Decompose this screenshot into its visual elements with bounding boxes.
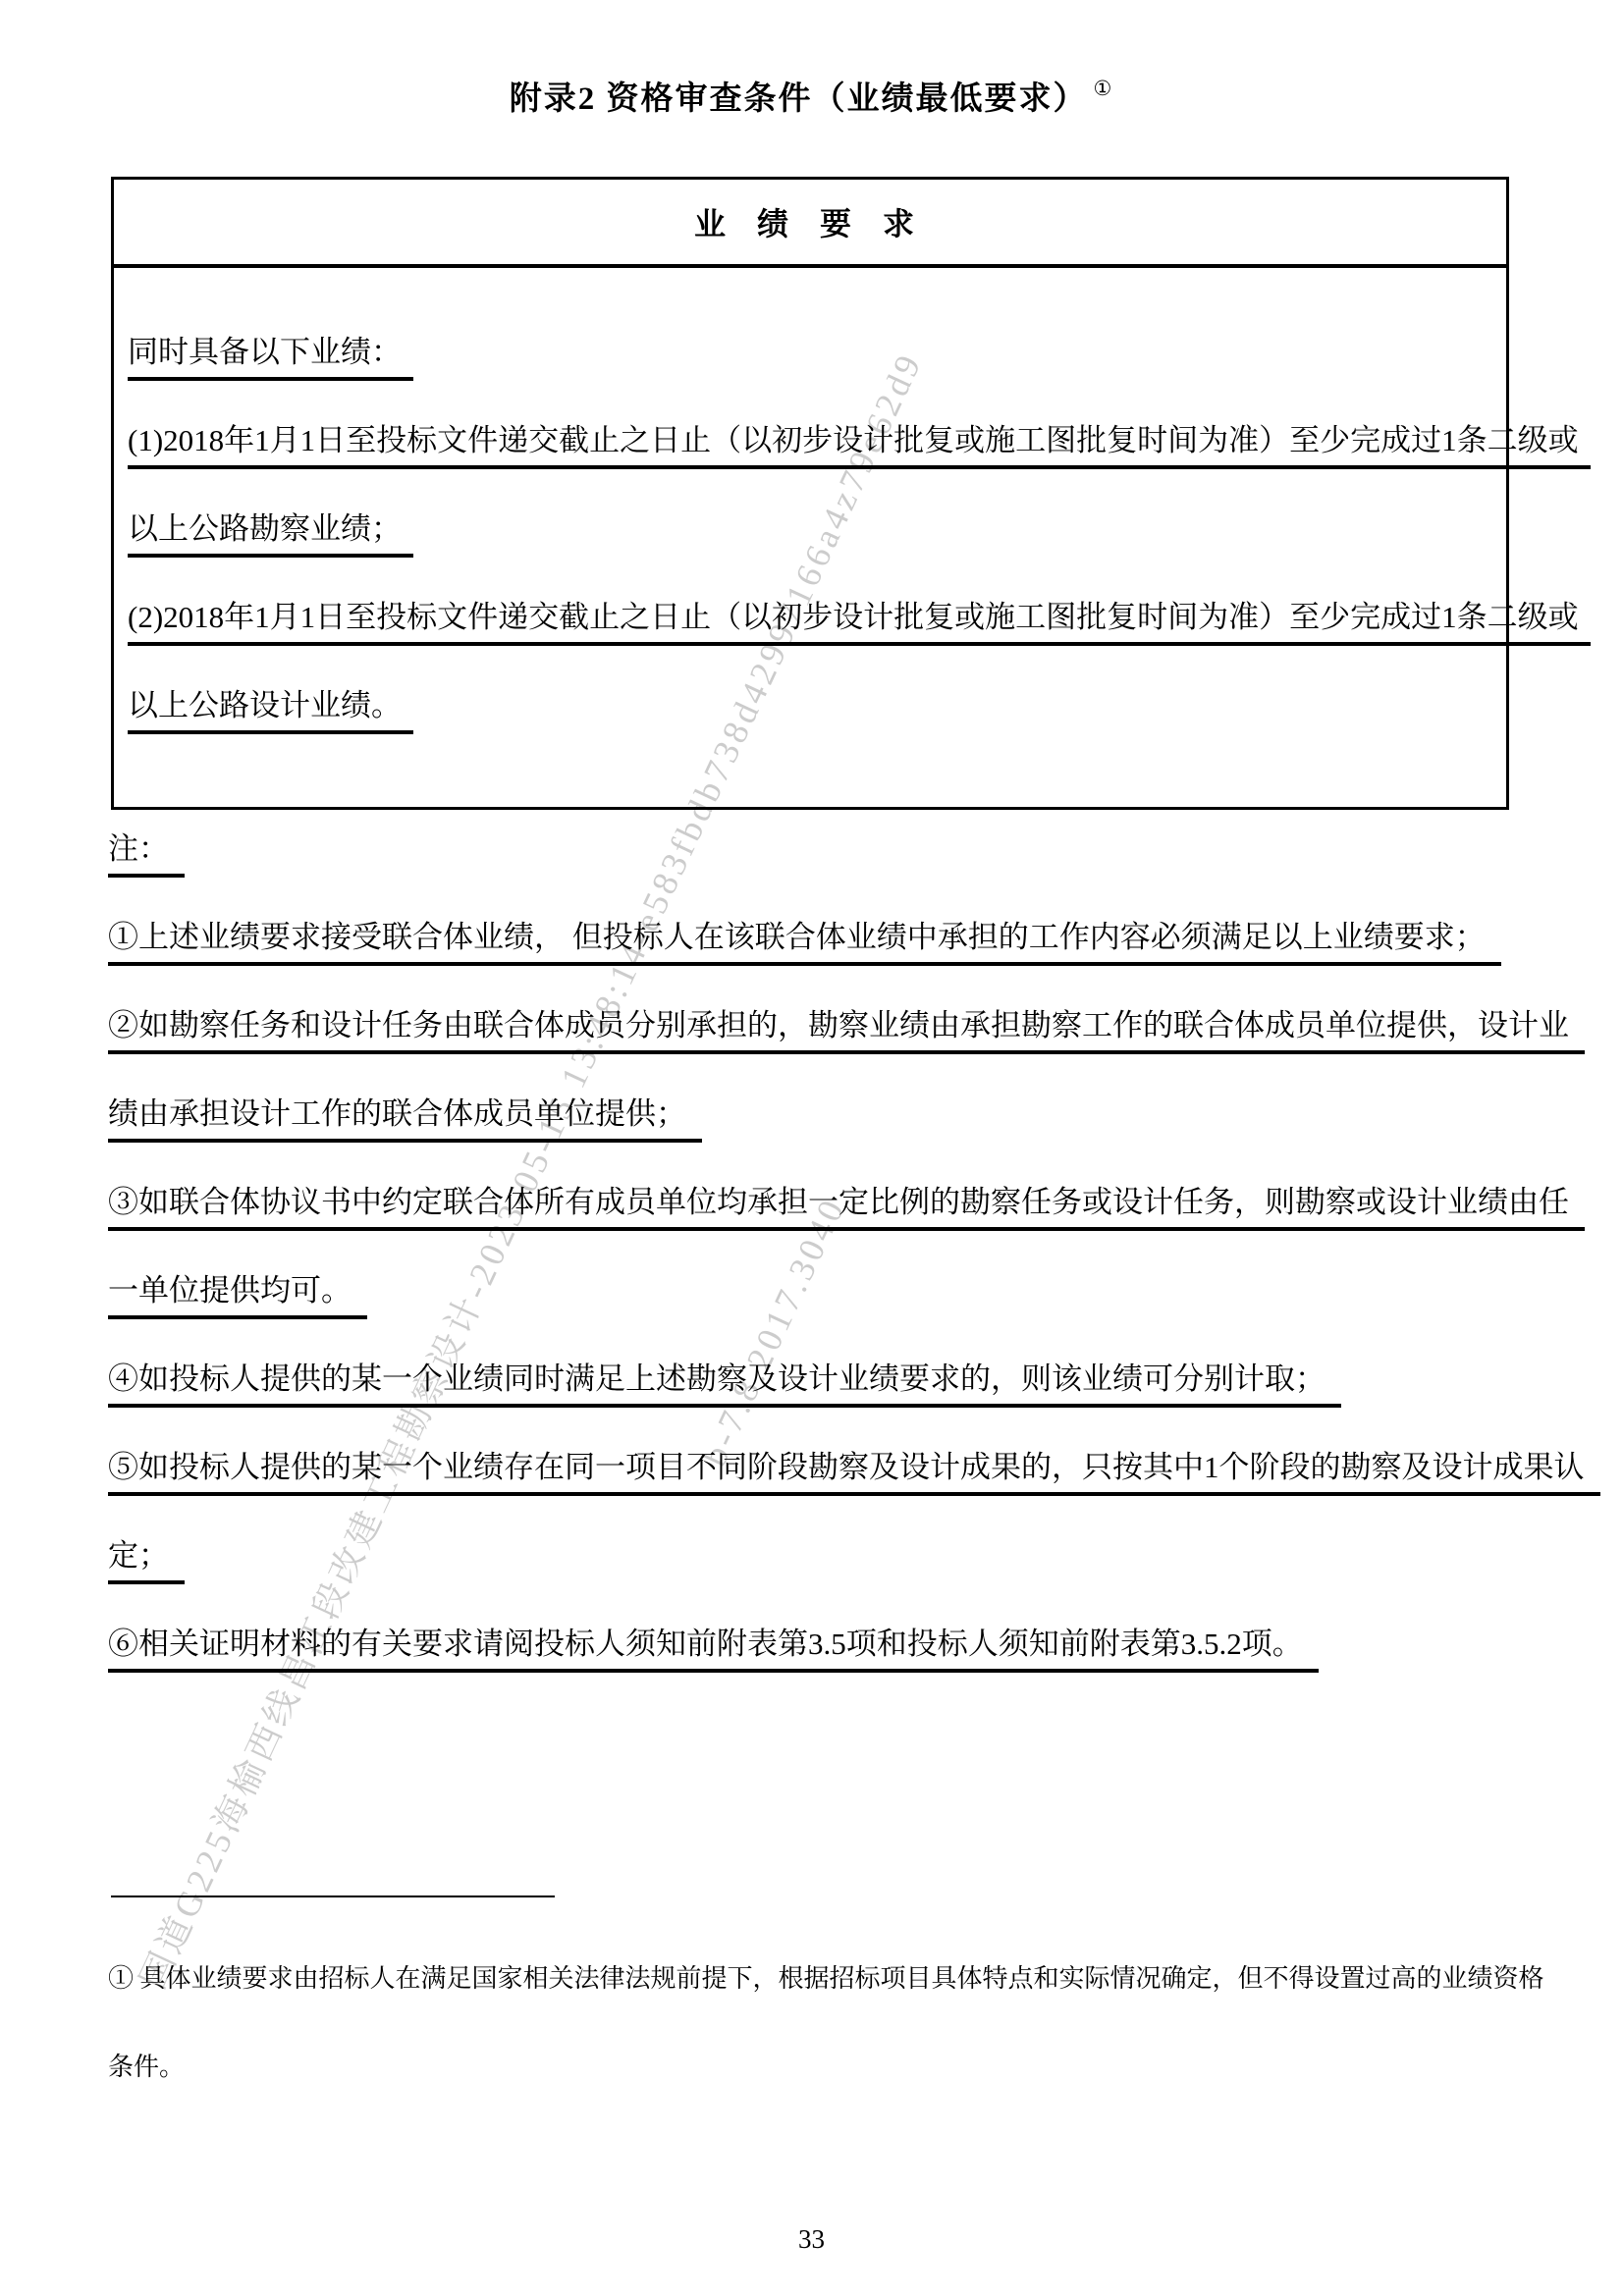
footnote-separator-line [111, 1896, 555, 1897]
note-line: 一单位提供均可。 [108, 1271, 1525, 1360]
table-line: 同时具备以下业绩： [128, 333, 1498, 421]
note-line: ③如联合体协议书中约定联合体所有成员单位均承担一定比例的勘察任务或设计任务，则勘… [108, 1183, 1525, 1271]
page-title: 附录2 资格审查条件（业绩最低要求）① [0, 73, 1623, 119]
document-page: 附录2 资格审查条件（业绩最低要求）① 业 绩 要 求 同时具备以下业绩： (1… [0, 0, 1623, 2296]
footnote-line: ① 具体业绩要求由招标人在满足国家相关法律法规前提下，根据招标项目具体特点和实际… [108, 1961, 1535, 2050]
table-line: 以上公路设计业绩。 [128, 686, 1498, 774]
table-line: 以上公路勘察业绩； [128, 509, 1498, 598]
table-line: (2)2018年1月1日至投标文件递交截止之日止（以初步设计批复或施工图批复时间… [128, 598, 1498, 686]
note-line: ⑥相关证明材料的有关要求请阅投标人须知前附表第3.5项和投标人须知前附表第3.5… [108, 1625, 1525, 1713]
page-title-text: 附录2 资格审查条件（业绩最低要求） [510, 81, 1088, 117]
page-number: 33 [0, 2224, 1623, 2255]
notes-label: 注： [108, 829, 1525, 918]
table-line: (1)2018年1月1日至投标文件递交截止之日止（以初步设计批复或施工图批复时间… [128, 421, 1498, 509]
note-line: ①上述业绩要求接受联合体业绩， 但投标人在该联合体业绩中承担的工作内容必须满足以… [108, 918, 1525, 1006]
footnote-section: ① 具体业绩要求由招标人在满足国家相关法律法规前提下，根据招标项目具体特点和实际… [108, 1961, 1535, 2138]
note-line: ④如投标人提供的某一个业绩同时满足上述勘察及设计业绩要求的，则该业绩可分别计取； [108, 1360, 1525, 1448]
title-footnote-marker: ① [1093, 77, 1113, 100]
note-line: 绩由承担设计工作的联合体成员单位提供； [108, 1095, 1525, 1183]
note-line: 定； [108, 1536, 1525, 1625]
table-header-cell: 业 绩 要 求 [114, 180, 1506, 268]
footnote-line: 条件。 [108, 2050, 1535, 2138]
note-line: ②如勘察任务和设计任务由联合体成员分别承担的，勘察业绩由承担勘察工作的联合体成员… [108, 1006, 1525, 1095]
performance-requirements-table: 业 绩 要 求 同时具备以下业绩： (1)2018年1月1日至投标文件递交截止之… [111, 177, 1509, 810]
note-line: ⑤如投标人提供的某一个业绩存在同一项目不同阶段勘察及设计成果的，只按其中1个阶段… [108, 1448, 1525, 1536]
notes-section: 注： ①上述业绩要求接受联合体业绩， 但投标人在该联合体业绩中承担的工作内容必须… [108, 829, 1525, 1713]
table-body-cell: 同时具备以下业绩： (1)2018年1月1日至投标文件递交截止之日止（以初步设计… [114, 268, 1506, 807]
